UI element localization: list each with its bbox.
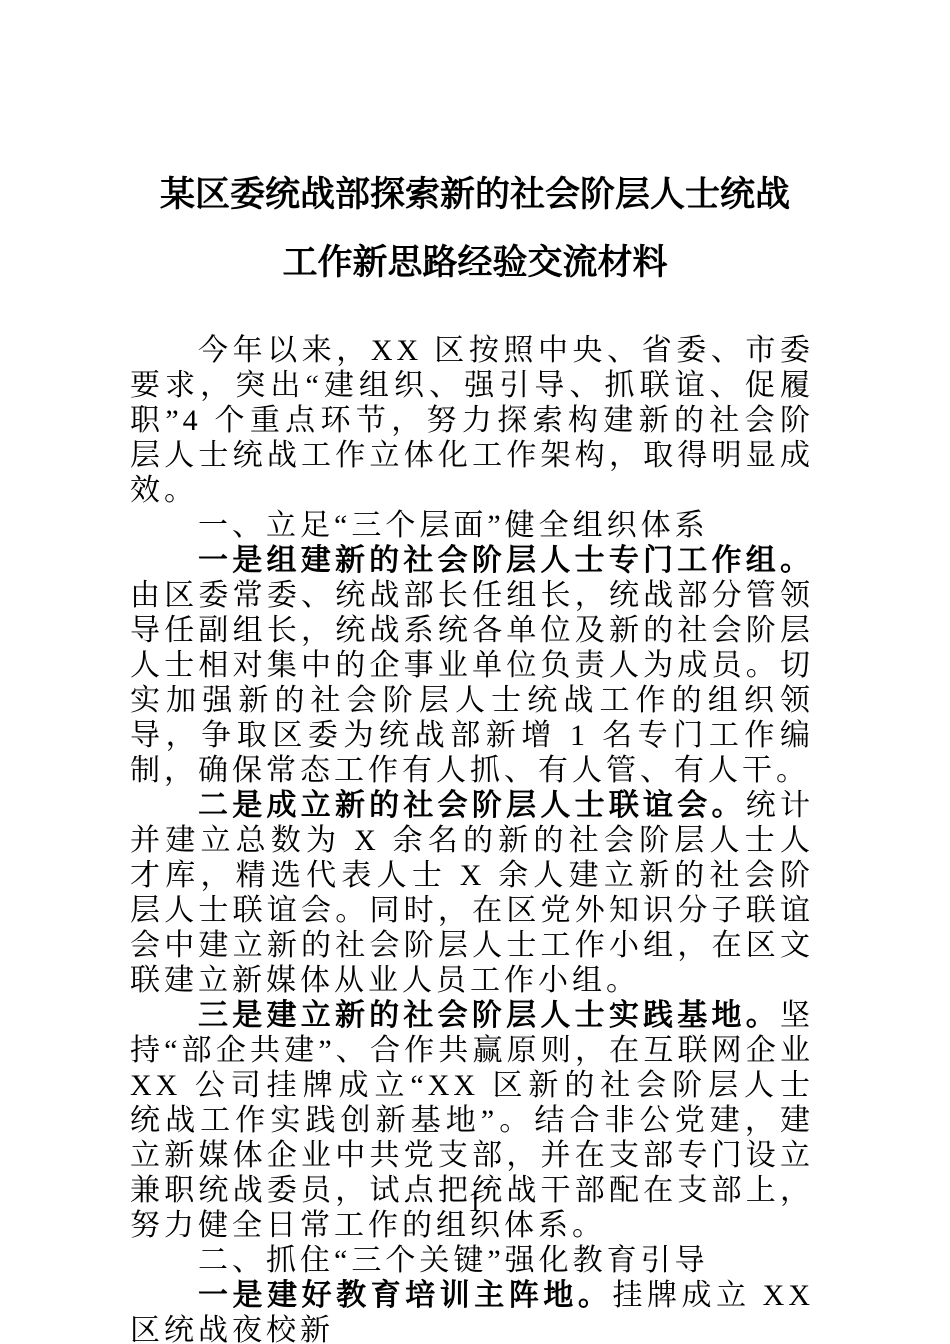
text-run: 一、立足“三个层面”健全组织体系: [198, 509, 709, 542]
text-run: 今年以来，XX 区按照中央、省委、市委要求，突出“建组织、强引导、抓联谊、促履职…: [130, 334, 814, 507]
body-paragraph: 二是成立新的社会阶层人士联谊会。统计并建立总数为 X 余名的新的社会阶层人士人才…: [130, 788, 814, 998]
bold-text-run: 二是成立新的社会阶层人士联谊会。: [198, 789, 746, 822]
title-line-2: 工作新思路经验交流材料: [0, 229, 950, 297]
text-run: 由区委常委、统战部长任组长，统战部分管领导任副组长，统战系统各单位及新的社会阶层…: [130, 579, 814, 787]
bold-text-run: 三是建立新的社会阶层人士实践基地。: [198, 999, 780, 1032]
page-number: 1: [0, 1186, 950, 1220]
body-paragraph: 今年以来，XX 区按照中央、省委、市委要求，突出“建组织、强引导、抓联谊、促履职…: [130, 333, 814, 508]
body-paragraph: 一是组建新的社会阶层人士专门工作组。由区委常委、统战部长任组长，统战部分管领导任…: [130, 543, 814, 788]
text-run: 二、抓住“三个关键”强化教育引导: [198, 1244, 709, 1277]
section-heading: 一、立足“三个层面”健全组织体系: [130, 508, 814, 543]
body-paragraph: 一是建好教育培训主阵地。挂牌成立 XX 区统战夜校新: [130, 1278, 814, 1344]
document-title: 某区委统战部探索新的社会阶层人士统战 工作新思路经验交流材料: [0, 0, 950, 297]
title-line-1: 某区委统战部探索新的社会阶层人士统战: [0, 161, 950, 229]
section-heading: 二、抓住“三个关键”强化教育引导: [130, 1243, 814, 1278]
bold-text-run: 一是组建新的社会阶层人士专门工作组。: [198, 544, 814, 577]
bold-text-run: 一是建好教育培训主阵地。: [198, 1279, 612, 1312]
document-page: 某区委统战部探索新的社会阶层人士统战 工作新思路经验交流材料 今年以来，XX 区…: [0, 0, 950, 1344]
